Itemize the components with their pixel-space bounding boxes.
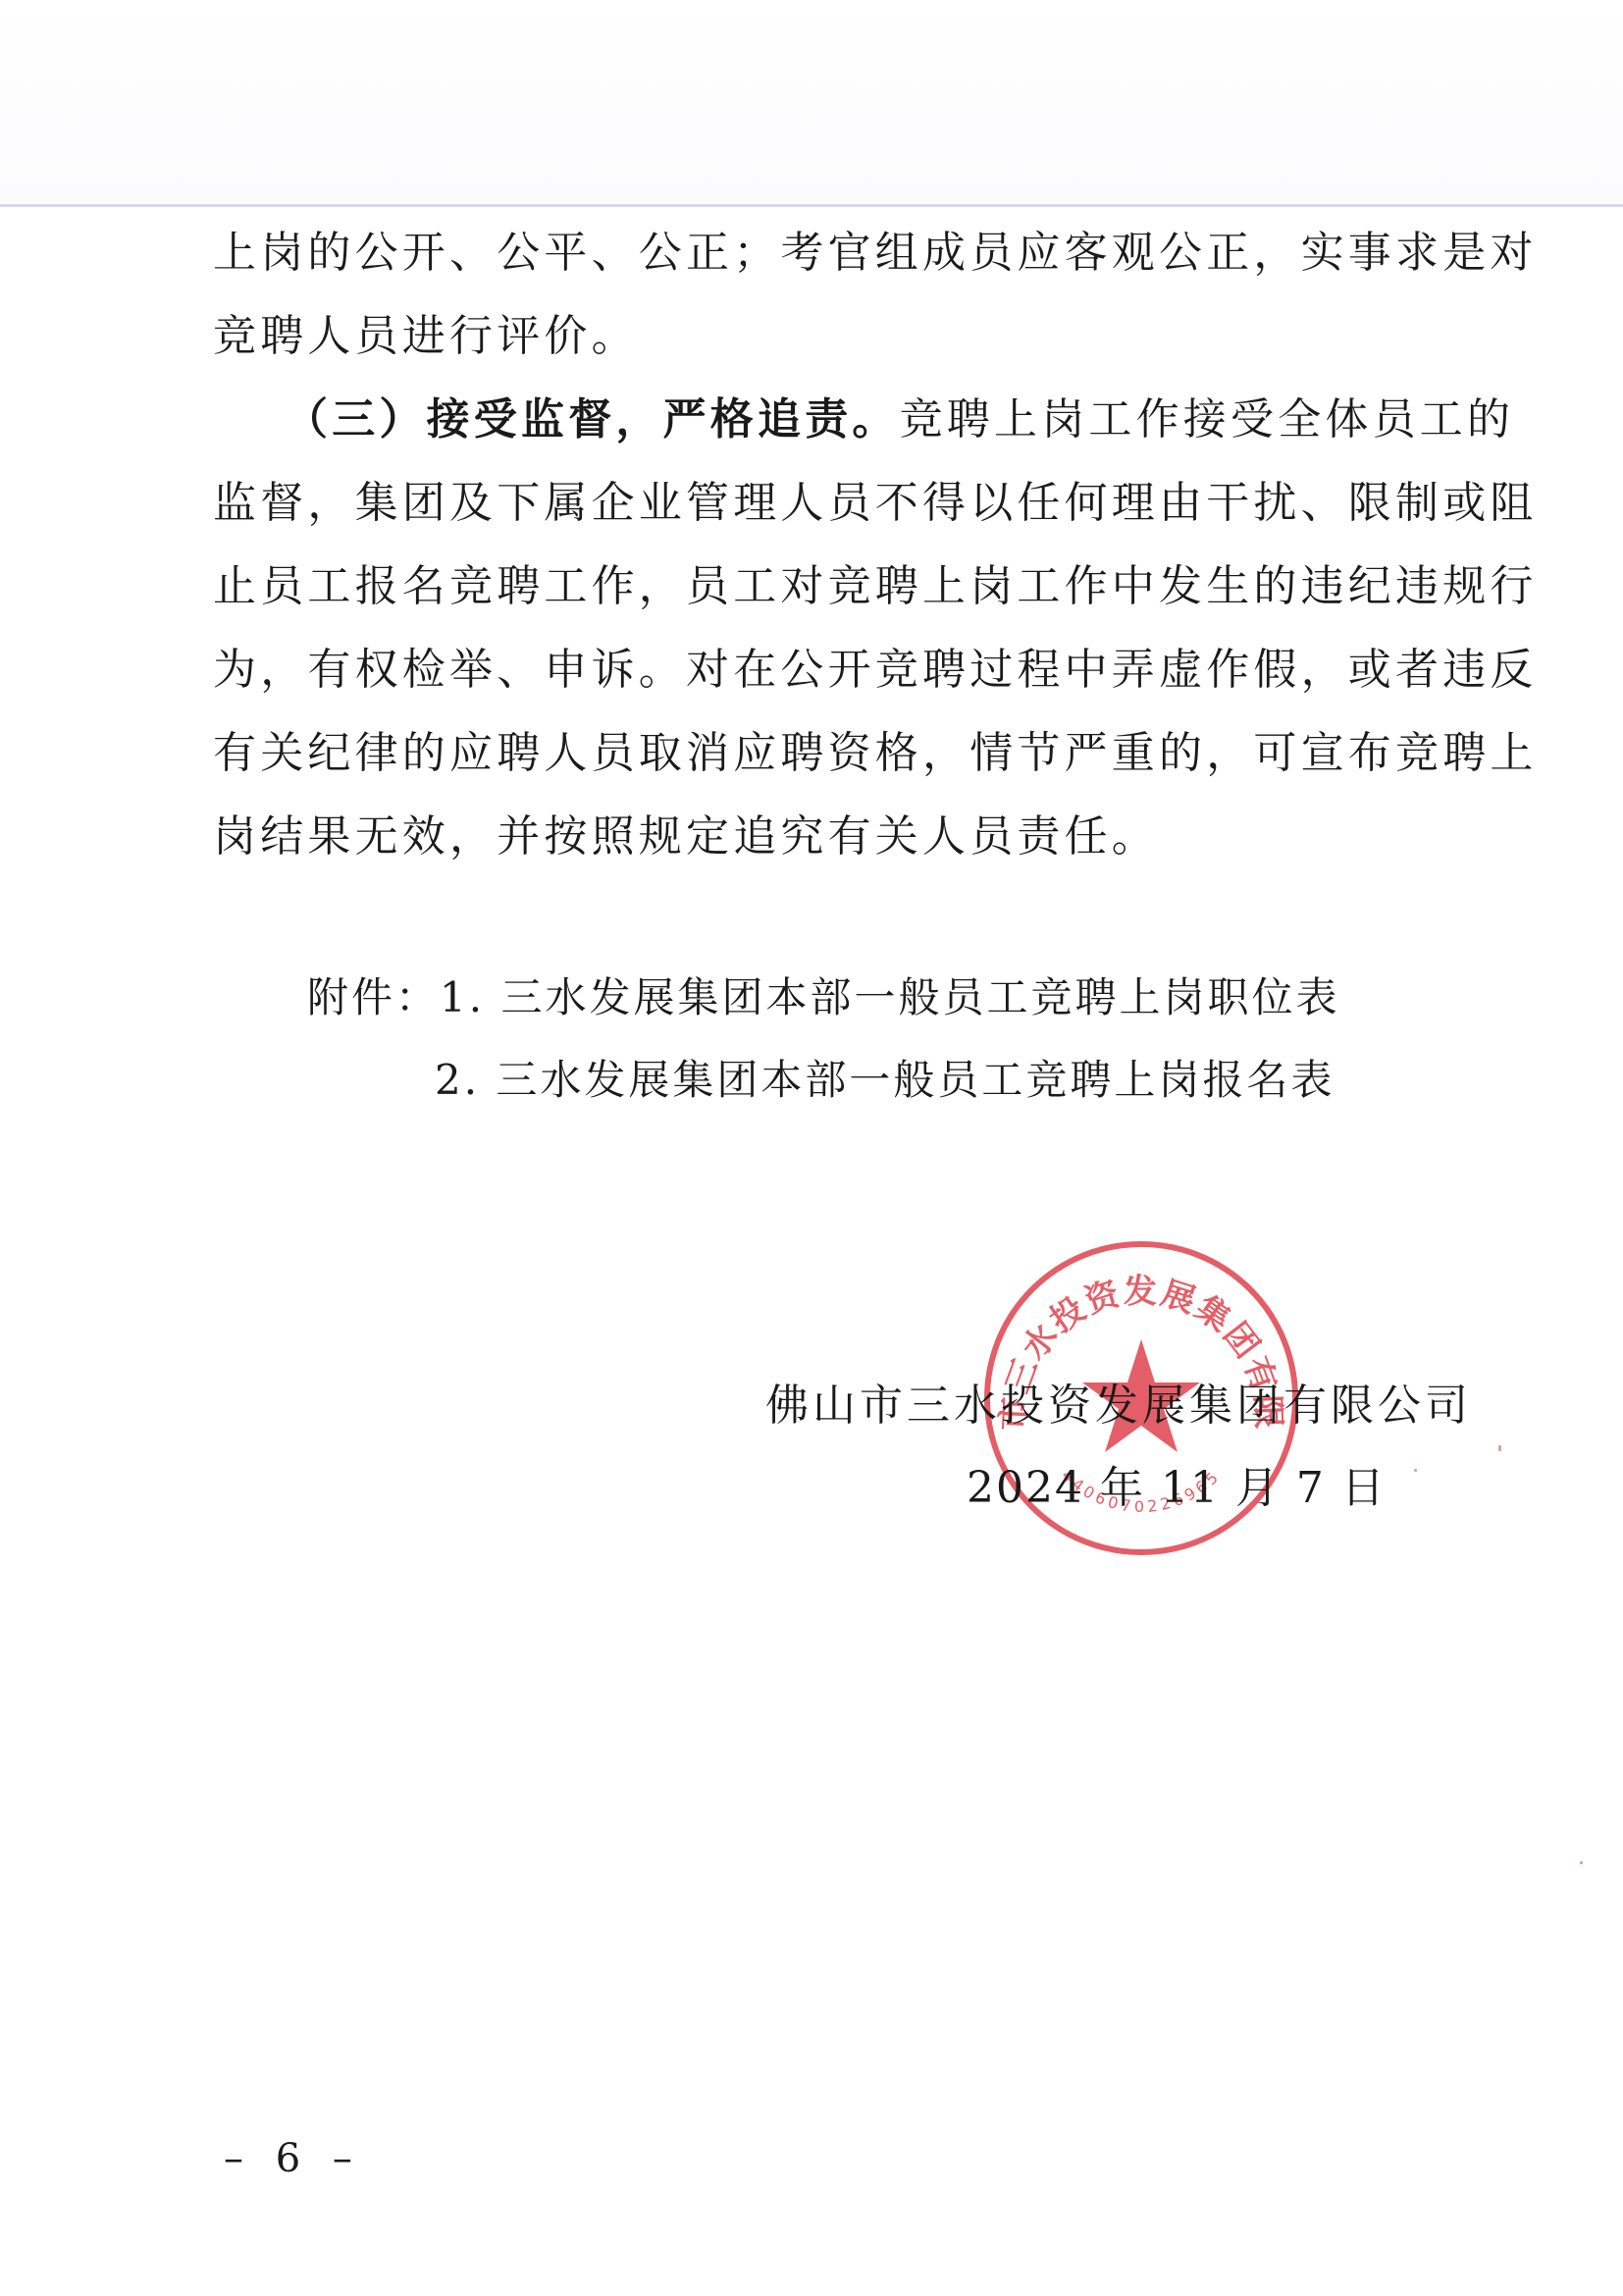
attachment-label: 附件： xyxy=(307,973,440,1021)
section-3-first-line: （三）接受监督，严格追责。竞聘上岗工作接受全体员工的 xyxy=(285,395,1514,444)
signature-date: 2024 年 11 月 7 日 xyxy=(967,1464,1387,1513)
paragraph-line: 止员工报名竞聘工作，员工对竞聘上岗工作中发生的违纪违规行 xyxy=(213,562,1538,611)
scan-speck xyxy=(1498,1445,1501,1451)
paragraph-line: 有关纪律的应聘人员取消应聘资格，情节严重的，可宣布竞聘上 xyxy=(213,729,1538,778)
paragraph-line: 上岗的公开、公平、公正；考官组成员应客观公正，实事求是对 xyxy=(213,229,1538,278)
attachment-item-2: 2. 三水发展集团本部一般员工竞聘上岗报名表 xyxy=(435,1056,1335,1105)
page-divider-line xyxy=(0,204,1623,207)
section-3-heading: （三）接受监督，严格追责。 xyxy=(285,394,900,444)
attachment-item-1: 附件：1. 三水发展集团本部一般员工竞聘上岗职位表 xyxy=(307,973,1339,1022)
paragraph-line: 竞聘人员进行评价。 xyxy=(213,312,639,361)
paragraph-line: 监督，集团及下属企业管理人员不得以任何理由干扰、限制或阻 xyxy=(213,479,1538,528)
paragraph-line: 岗结果无效，并按照规定追究有关人员责任。 xyxy=(213,812,1159,861)
scan-speck xyxy=(1414,1469,1417,1472)
section-3-text: 竞聘上岗工作接受全体员工的 xyxy=(900,394,1515,444)
page-number: – 6 – xyxy=(224,2137,362,2180)
scan-top-margin xyxy=(0,0,1623,204)
paragraph-line: 为，有权检举、申诉。对在公开竞聘过程中弄虚作假，或者违反 xyxy=(213,646,1538,695)
signature-organization: 佛山市三水投资发展集团有限公司 xyxy=(765,1382,1472,1431)
scan-speck xyxy=(1580,1861,1583,1864)
